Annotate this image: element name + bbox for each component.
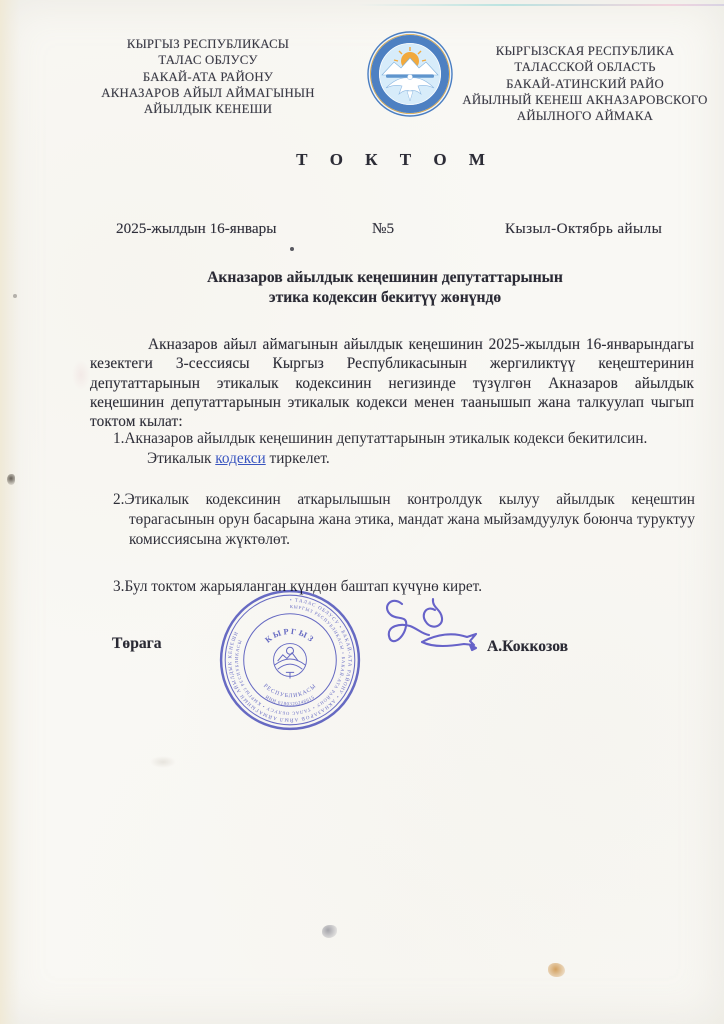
item-1-line1: 1.Акназаров айылдык кеңешинин депутаттар… [113, 430, 647, 447]
item-1-line2-pre: Этикалык [129, 450, 215, 467]
document-number: №5 [372, 220, 394, 238]
subject-line: этика кодексин бекитүү жөнүндө [165, 288, 605, 308]
letterhead-kyrgyz: КЫРГЫЗ РЕСПУБЛИКАСЫ ТАЛАС ОБЛУСУ БАКАЙ-А… [100, 36, 316, 117]
svg-text:КЫРГЫЗ: КЫРГЫЗ [263, 627, 316, 645]
scanned-decree-page: КЫРГЫЗ РЕСПУБЛИКАСЫ ТАЛАС ОБЛУСУ БАКАЙ-А… [0, 0, 724, 1024]
letterhead-line: ТАЛАС ОБЛУСУ [100, 52, 316, 68]
signatory-name: А.Коккозов [487, 638, 568, 656]
left-margin-dot-speck [13, 294, 17, 298]
document-title: Т О К Т О М [250, 150, 540, 170]
kyrgyz-state-emblem-icon: КЫРГЫЗ РЕСПУБЛИКАСЫ [366, 30, 454, 118]
orange-stain-speck [548, 963, 565, 977]
signatory-role: Төрага [112, 635, 162, 653]
handwritten-signature [372, 590, 487, 672]
official-round-stamp: • ТАЛАС ОБЛУСУ • БАКАЙ-АТА РАЙОНУ • АКНА… [218, 588, 362, 732]
scan-left-edge [0, 0, 20, 1024]
stamp-arc-top-text: КЫРГЫЗ [263, 627, 316, 645]
scan-top-artifact-line [358, 4, 724, 6]
faint-smudge [150, 756, 176, 768]
stamp-arc-bottom-text: РЕСПУБЛИКАСЫ [262, 683, 318, 699]
preamble-paragraph: Акназаров айыл аймагынын айылдык кеңешин… [90, 335, 694, 431]
letterhead-line: АЙЫЛДЫК КЕНЕШИ [100, 101, 316, 117]
kodeksi-hyperlink[interactable]: кодекси [215, 450, 265, 467]
resolution-item-2: 2.Этикалык кодексинин аткарылышын контро… [113, 490, 695, 550]
faint-pink-smudge [72, 360, 90, 390]
ink-dot-speck [290, 247, 294, 251]
left-margin-ink-speck [7, 474, 15, 485]
item-1-line2-post: тиркелет. [266, 450, 330, 467]
letterhead-russian: КЫРГЫЗСКАЯ РЕСПУБЛИКА ТАЛАССКОЙ ОБЛАСТЬ … [452, 43, 718, 124]
resolution-item-1: 1.Акназаров айылдык кеңешинин депутаттар… [113, 429, 695, 469]
document-date: 2025-жылдын 16-январы [116, 220, 276, 238]
gray-smudge-speck [322, 925, 337, 938]
document-place: Кызыл-Октябрь айылы [505, 220, 662, 238]
svg-text:РЕСПУБЛИКАСЫ: РЕСПУБЛИКАСЫ [262, 683, 318, 699]
stamp-center-emblem-icon [274, 644, 307, 679]
letterhead-line: АКНАЗАРОВ АЙЫЛ АЙМАГЫНЫН [100, 85, 316, 101]
letterhead-line: ТАЛАССКОЙ ОБЛАСТЬ [452, 59, 718, 75]
letterhead-line: КЫРГЫЗСКАЯ РЕСПУБЛИКА [452, 43, 718, 59]
letterhead-line: КЫРГЫЗ РЕСПУБЛИКАСЫ [100, 36, 316, 52]
letterhead-line: АЙЫЛНОГО АЙМАКА [452, 108, 718, 124]
letterhead-line: БАКАЙ-АТИНСКИЙ РАЙО [452, 76, 718, 92]
subject-heading: Акназаров айылдык кеңешинин депутаттарын… [165, 268, 605, 307]
letterhead-line: БАКАЙ-АТА РАЙОНУ [100, 69, 316, 85]
letterhead-line: АЙЫЛНЫЙ КЕНЕШ АКНАЗАРОВСКОГО [452, 92, 718, 108]
subject-line: Акназаров айылдык кеңешинин депутаттарын… [165, 268, 605, 288]
